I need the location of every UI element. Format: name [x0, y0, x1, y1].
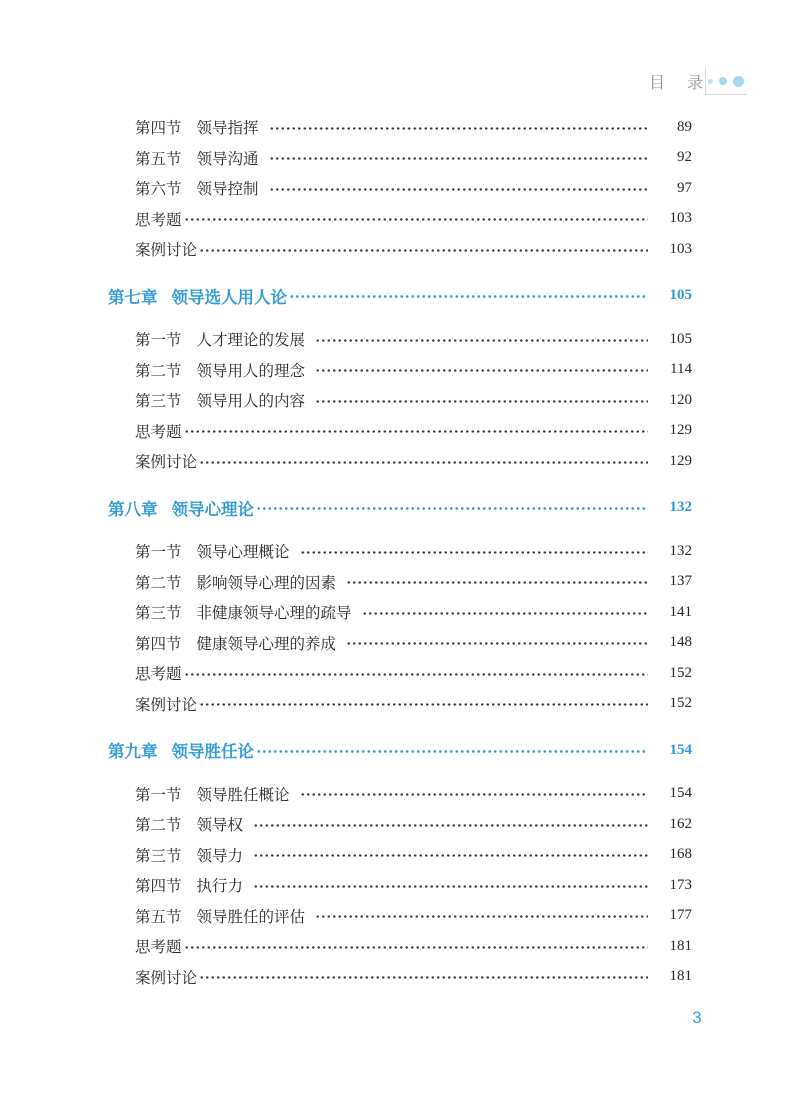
dot-leader [315, 332, 648, 347]
dot-leader [253, 878, 648, 893]
entry-page: 177 [656, 907, 692, 924]
entry-page: 141 [656, 604, 692, 621]
entry-title: 案例讨论 [135, 966, 197, 988]
dot-leader [184, 211, 648, 226]
toc-entry[interactable]: 案例讨论 152 [108, 689, 692, 720]
entry-title: 案例讨论 [135, 450, 197, 472]
toc-entry[interactable]: 案例讨论 181 [108, 962, 692, 993]
entry-label: 第三节 [135, 844, 182, 866]
toc-entry[interactable]: 第六节 领导控制 97 [108, 173, 692, 204]
page-header-title: 目 录 [649, 70, 712, 93]
toc-entry[interactable]: 思考题 181 [108, 931, 692, 962]
toc-entry[interactable]: 案例讨论 103 [108, 234, 692, 265]
toc-entry-chapter[interactable]: 第九章 领导胜任论 154 [108, 735, 692, 766]
entry-label: 第一节 [135, 540, 182, 562]
entry-page: 92 [656, 149, 692, 166]
entry-page: 132 [656, 499, 692, 516]
entry-title: 思考题 [135, 208, 182, 230]
entry-title: 领导胜任概论 [197, 783, 290, 805]
dot-leader [300, 786, 648, 801]
toc-entry[interactable]: 思考题 129 [108, 416, 692, 447]
entry-label: 第五节 [135, 905, 182, 927]
entry-title: 执行力 [197, 874, 244, 896]
entry-page: 162 [656, 816, 692, 833]
toc-entry[interactable]: 第四节 健康领导心理的养成 148 [108, 628, 692, 659]
entry-page: 154 [656, 742, 692, 759]
entry-title: 领导用人的内容 [197, 389, 306, 411]
dot-leader [269, 120, 648, 135]
toc-entry[interactable]: 第三节 领导力 168 [108, 840, 692, 871]
entry-label: 第八章 [108, 496, 158, 520]
entry-page: 181 [656, 938, 692, 955]
dot-leader [346, 635, 648, 650]
dot-leader [184, 666, 648, 681]
entry-label: 第六节 [135, 177, 182, 199]
entry-page: 132 [656, 543, 692, 560]
dot-leader [300, 544, 648, 559]
deco-dot-large [733, 76, 744, 87]
entry-title: 领导心理论 [172, 496, 255, 520]
entry-page: 89 [656, 119, 692, 136]
entry-title: 领导沟通 [197, 147, 259, 169]
toc-entry[interactable]: 第五节 领导胜任的评估 177 [108, 901, 692, 932]
entry-label: 第三节 [135, 389, 182, 411]
entry-label: 第二节 [135, 813, 182, 835]
dot-leader [184, 939, 648, 954]
entry-title: 领导胜任的评估 [197, 905, 306, 927]
entry-label: 第四节 [135, 116, 182, 138]
entry-page: 137 [656, 573, 692, 590]
toc-entry[interactable]: 第三节 领导用人的内容 120 [108, 385, 692, 416]
entry-title: 领导用人的理念 [197, 359, 306, 381]
entry-title: 思考题 [135, 935, 182, 957]
entry-title: 领导胜任论 [172, 738, 255, 762]
deco-dot-medium [719, 77, 727, 85]
dot-leader [289, 288, 648, 303]
entry-page: 103 [656, 241, 692, 258]
dot-leader [362, 605, 648, 620]
toc-entry[interactable]: 第二节 领导权 162 [108, 809, 692, 840]
entry-label: 第二节 [135, 359, 182, 381]
entry-label: 第一节 [135, 328, 182, 350]
toc-entry[interactable]: 第四节 执行力 173 [108, 870, 692, 901]
dot-leader [269, 150, 648, 165]
entry-title: 健康领导心理的养成 [197, 632, 337, 654]
entry-page: 105 [656, 331, 692, 348]
entry-label: 第一节 [135, 783, 182, 805]
dot-leader [269, 181, 648, 196]
dot-leader [253, 817, 648, 832]
dot-leader [256, 500, 648, 515]
entry-title: 思考题 [135, 662, 182, 684]
toc-list: 第四节 领导指挥 89 第五节 领导沟通 92 第六节 领导控制 97 思考题 … [108, 112, 692, 992]
entry-title: 领导选人用人论 [172, 284, 288, 308]
entry-page: 152 [656, 665, 692, 682]
page-number: 3 [684, 1008, 710, 1028]
toc-entry[interactable]: 第二节 影响领导心理的因素 137 [108, 567, 692, 598]
entry-title: 影响领导心理的因素 [197, 571, 337, 593]
entry-label: 第二节 [135, 571, 182, 593]
toc-page: 目 录 第四节 领导指挥 89 第五节 领导沟通 92 第六节 领导控制 97 … [0, 0, 800, 1108]
entry-title: 领导力 [197, 844, 244, 866]
entry-page: 129 [656, 422, 692, 439]
entry-page: 173 [656, 877, 692, 894]
entry-label: 第五节 [135, 147, 182, 169]
toc-entry-chapter[interactable]: 第七章 领导选人用人论 105 [108, 281, 692, 312]
toc-entry[interactable]: 第二节 领导用人的理念 114 [108, 355, 692, 386]
entry-label: 第三节 [135, 601, 182, 623]
dot-leader [256, 743, 648, 758]
deco-dot-small [708, 79, 713, 84]
entry-page: 97 [656, 180, 692, 197]
toc-entry[interactable]: 第一节 领导心理概论 132 [108, 536, 692, 567]
dot-leader [199, 454, 648, 469]
dot-leader [346, 574, 648, 589]
entry-title: 领导权 [197, 813, 244, 835]
entry-title: 领导控制 [197, 177, 259, 199]
entry-title: 案例讨论 [135, 238, 197, 260]
toc-entry-chapter[interactable]: 第八章 领导心理论 132 [108, 493, 692, 524]
entry-title: 领导指挥 [197, 116, 259, 138]
entry-title: 领导心理概论 [197, 540, 290, 562]
entry-title: 思考题 [135, 420, 182, 442]
entry-label: 第九章 [108, 738, 158, 762]
entry-page: 181 [656, 968, 692, 985]
toc-entry[interactable]: 第三节 非健康领导心理的疏导 141 [108, 597, 692, 628]
toc-entry[interactable]: 第一节 人才理论的发展 105 [108, 324, 692, 355]
dot-leader [184, 423, 648, 438]
dot-leader [253, 847, 648, 862]
entry-page: 168 [656, 846, 692, 863]
dot-leader [315, 362, 648, 377]
toc-entry[interactable]: 第四节 领导指挥 89 [108, 112, 692, 143]
entry-page: 154 [656, 785, 692, 802]
entry-title: 人才理论的发展 [197, 328, 306, 350]
entry-label: 第四节 [135, 632, 182, 654]
toc-entry[interactable]: 思考题 152 [108, 658, 692, 689]
entry-page: 129 [656, 453, 692, 470]
toc-entry[interactable]: 思考题 103 [108, 204, 692, 235]
dots-decoration-icon [705, 68, 747, 95]
entry-page: 152 [656, 695, 692, 712]
entry-page: 103 [656, 210, 692, 227]
entry-page: 114 [656, 361, 692, 378]
dot-leader [199, 969, 648, 984]
entry-label: 第四节 [135, 874, 182, 896]
entry-title: 非健康领导心理的疏导 [197, 601, 352, 623]
entry-label: 第七章 [108, 284, 158, 308]
entry-title: 案例讨论 [135, 693, 197, 715]
toc-entry[interactable]: 第五节 领导沟通 92 [108, 143, 692, 174]
dot-leader [199, 696, 648, 711]
entry-page: 148 [656, 634, 692, 651]
toc-entry[interactable]: 第一节 领导胜任概论 154 [108, 779, 692, 810]
entry-page: 105 [656, 287, 692, 304]
dot-leader [199, 242, 648, 257]
toc-entry[interactable]: 案例讨论 129 [108, 446, 692, 477]
dot-leader [315, 908, 648, 923]
dot-leader [315, 393, 648, 408]
entry-page: 120 [656, 392, 692, 409]
